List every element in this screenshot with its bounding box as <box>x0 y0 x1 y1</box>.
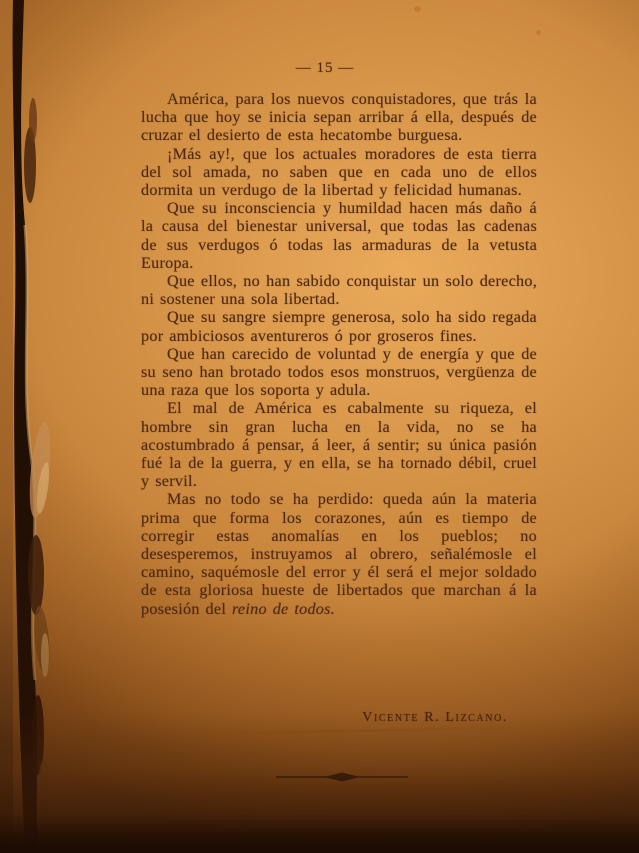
paragraph: Que su inconsciencia y humildad hacen má… <box>141 199 537 272</box>
paper-stain <box>536 30 541 35</box>
author-signature: Vicente R. Lizcano. <box>141 710 508 726</box>
diamond-ornament-icon <box>324 773 360 782</box>
paragraph: Que su sangre siempre generosa, solo ha … <box>141 308 537 344</box>
torn-fragment-dark <box>28 535 44 615</box>
page-number: — 15 — <box>141 60 509 77</box>
paragraph: América, para los nuevos conquistadores,… <box>141 90 537 145</box>
paragraph: Que han carecido de voluntad y de energí… <box>141 345 537 400</box>
paragraph-italic-text: reino de todos. <box>232 600 335 618</box>
section-divider <box>275 771 409 783</box>
adjacent-page-edge <box>0 0 13 853</box>
torn-paper-highlight <box>25 225 35 680</box>
torn-fragment <box>34 462 51 515</box>
paragraph-text: América, para los nuevos conquistadores,… <box>141 90 537 144</box>
paper-stain <box>414 6 421 12</box>
torn-fragment <box>26 421 54 518</box>
gutter-crease <box>13 0 38 853</box>
torn-fragment-dark <box>32 695 44 775</box>
book-spine-binding <box>0 0 70 853</box>
book-page-photo: — 15 — América, para los nuevos conquist… <box>0 0 639 853</box>
paragraph-text: Mas no todo se ha perdido: queda aún la … <box>141 490 537 617</box>
paragraph-text: Que ellos, no han sabido conquistar un s… <box>141 272 537 308</box>
body-text: América, para los nuevos conquistadores,… <box>141 90 537 618</box>
paragraph-text: Que su sangre siempre generosa, solo ha … <box>141 308 537 344</box>
paragraph: El mal de América es cabalmente su rique… <box>141 399 537 490</box>
torn-fragment <box>38 760 50 820</box>
photo-bottom-shadow <box>0 713 639 853</box>
torn-fragment <box>41 633 49 677</box>
paragraph: Mas no todo se ha perdido: queda aún la … <box>141 490 537 617</box>
torn-fragment <box>32 606 52 675</box>
paragraph-text: El mal de América es cabalmente su rique… <box>141 399 537 490</box>
paragraph-text: Que su inconsciencia y humildad hacen má… <box>141 199 537 272</box>
paragraph: Que ellos, no han sabido conquistar un s… <box>141 272 537 308</box>
paragraph-text: Que han carecido de voluntad y de energí… <box>141 345 537 399</box>
torn-fragment <box>29 98 37 142</box>
torn-fragment-dark <box>24 127 36 203</box>
paragraph: ¡Más ay!, que los actuales moradores de … <box>141 145 537 200</box>
paragraph-text: ¡Más ay!, que los actuales moradores de … <box>141 145 537 199</box>
